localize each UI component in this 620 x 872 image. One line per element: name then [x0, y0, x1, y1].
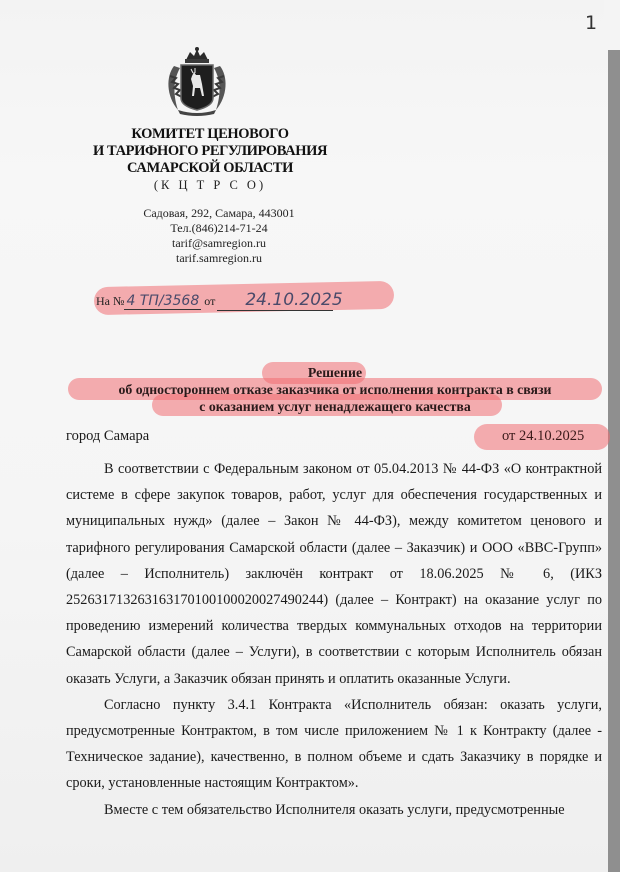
- title-line: с оказанием услуг ненадлежащего качества: [60, 398, 610, 415]
- title-line: об одностороннем отказе заказчика от исп…: [60, 381, 610, 398]
- page-number: 1: [585, 12, 597, 34]
- organization-header: КОМИТЕТ ЦЕНОВОГО И ТАРИФНОГО РЕГУЛИРОВАН…: [80, 126, 340, 194]
- document-body: В соответствии с Федеральным законом от …: [66, 456, 602, 823]
- body-paragraph: В соответствии с Федеральным законом от …: [66, 456, 602, 692]
- document-title: Решение об одностороннем отказе заказчик…: [60, 364, 610, 415]
- reference-date-label: от: [204, 294, 215, 308]
- decision-date: от 24.10.2025: [502, 428, 584, 445]
- reference-date: 24.10.2025: [217, 290, 333, 311]
- contact-website: tarif.samregion.ru: [104, 251, 334, 266]
- org-contacts: Садовая, 292, Самара, 443001 Тел.(846)21…: [104, 206, 334, 266]
- coat-of-arms-icon: [164, 46, 230, 118]
- contact-address: Садовая, 292, Самара, 443001: [104, 206, 334, 221]
- reference-number: 4 ТП/3568: [124, 293, 201, 310]
- page-edge-shadow: [608, 50, 620, 872]
- title-heading: Решение: [60, 364, 610, 381]
- body-paragraph: Вместе с тем обязательство Исполнителя о…: [66, 797, 602, 823]
- org-name-line: КОМИТЕТ ЦЕНОВОГО: [80, 126, 340, 143]
- city-label: город Самара: [66, 428, 149, 445]
- org-name-line: САМАРСКОЙ ОБЛАСТИ: [80, 160, 340, 177]
- contact-phone: Тел.(846)214-71-24: [104, 221, 334, 236]
- org-abbreviation: (К Ц Т Р С О): [80, 177, 340, 194]
- page-edge-top: [604, 0, 620, 50]
- org-name-line: И ТАРИФНОГО РЕГУЛИРОВАНИЯ: [80, 143, 340, 160]
- reference-no-label: На №: [96, 294, 124, 308]
- contact-email: tarif@samregion.ru: [104, 236, 334, 251]
- body-paragraph: Согласно пункту 3.4.1 Контракта «Исполни…: [66, 692, 602, 797]
- reference-line: На №4 ТП/3568 от24.10.2025: [96, 290, 333, 311]
